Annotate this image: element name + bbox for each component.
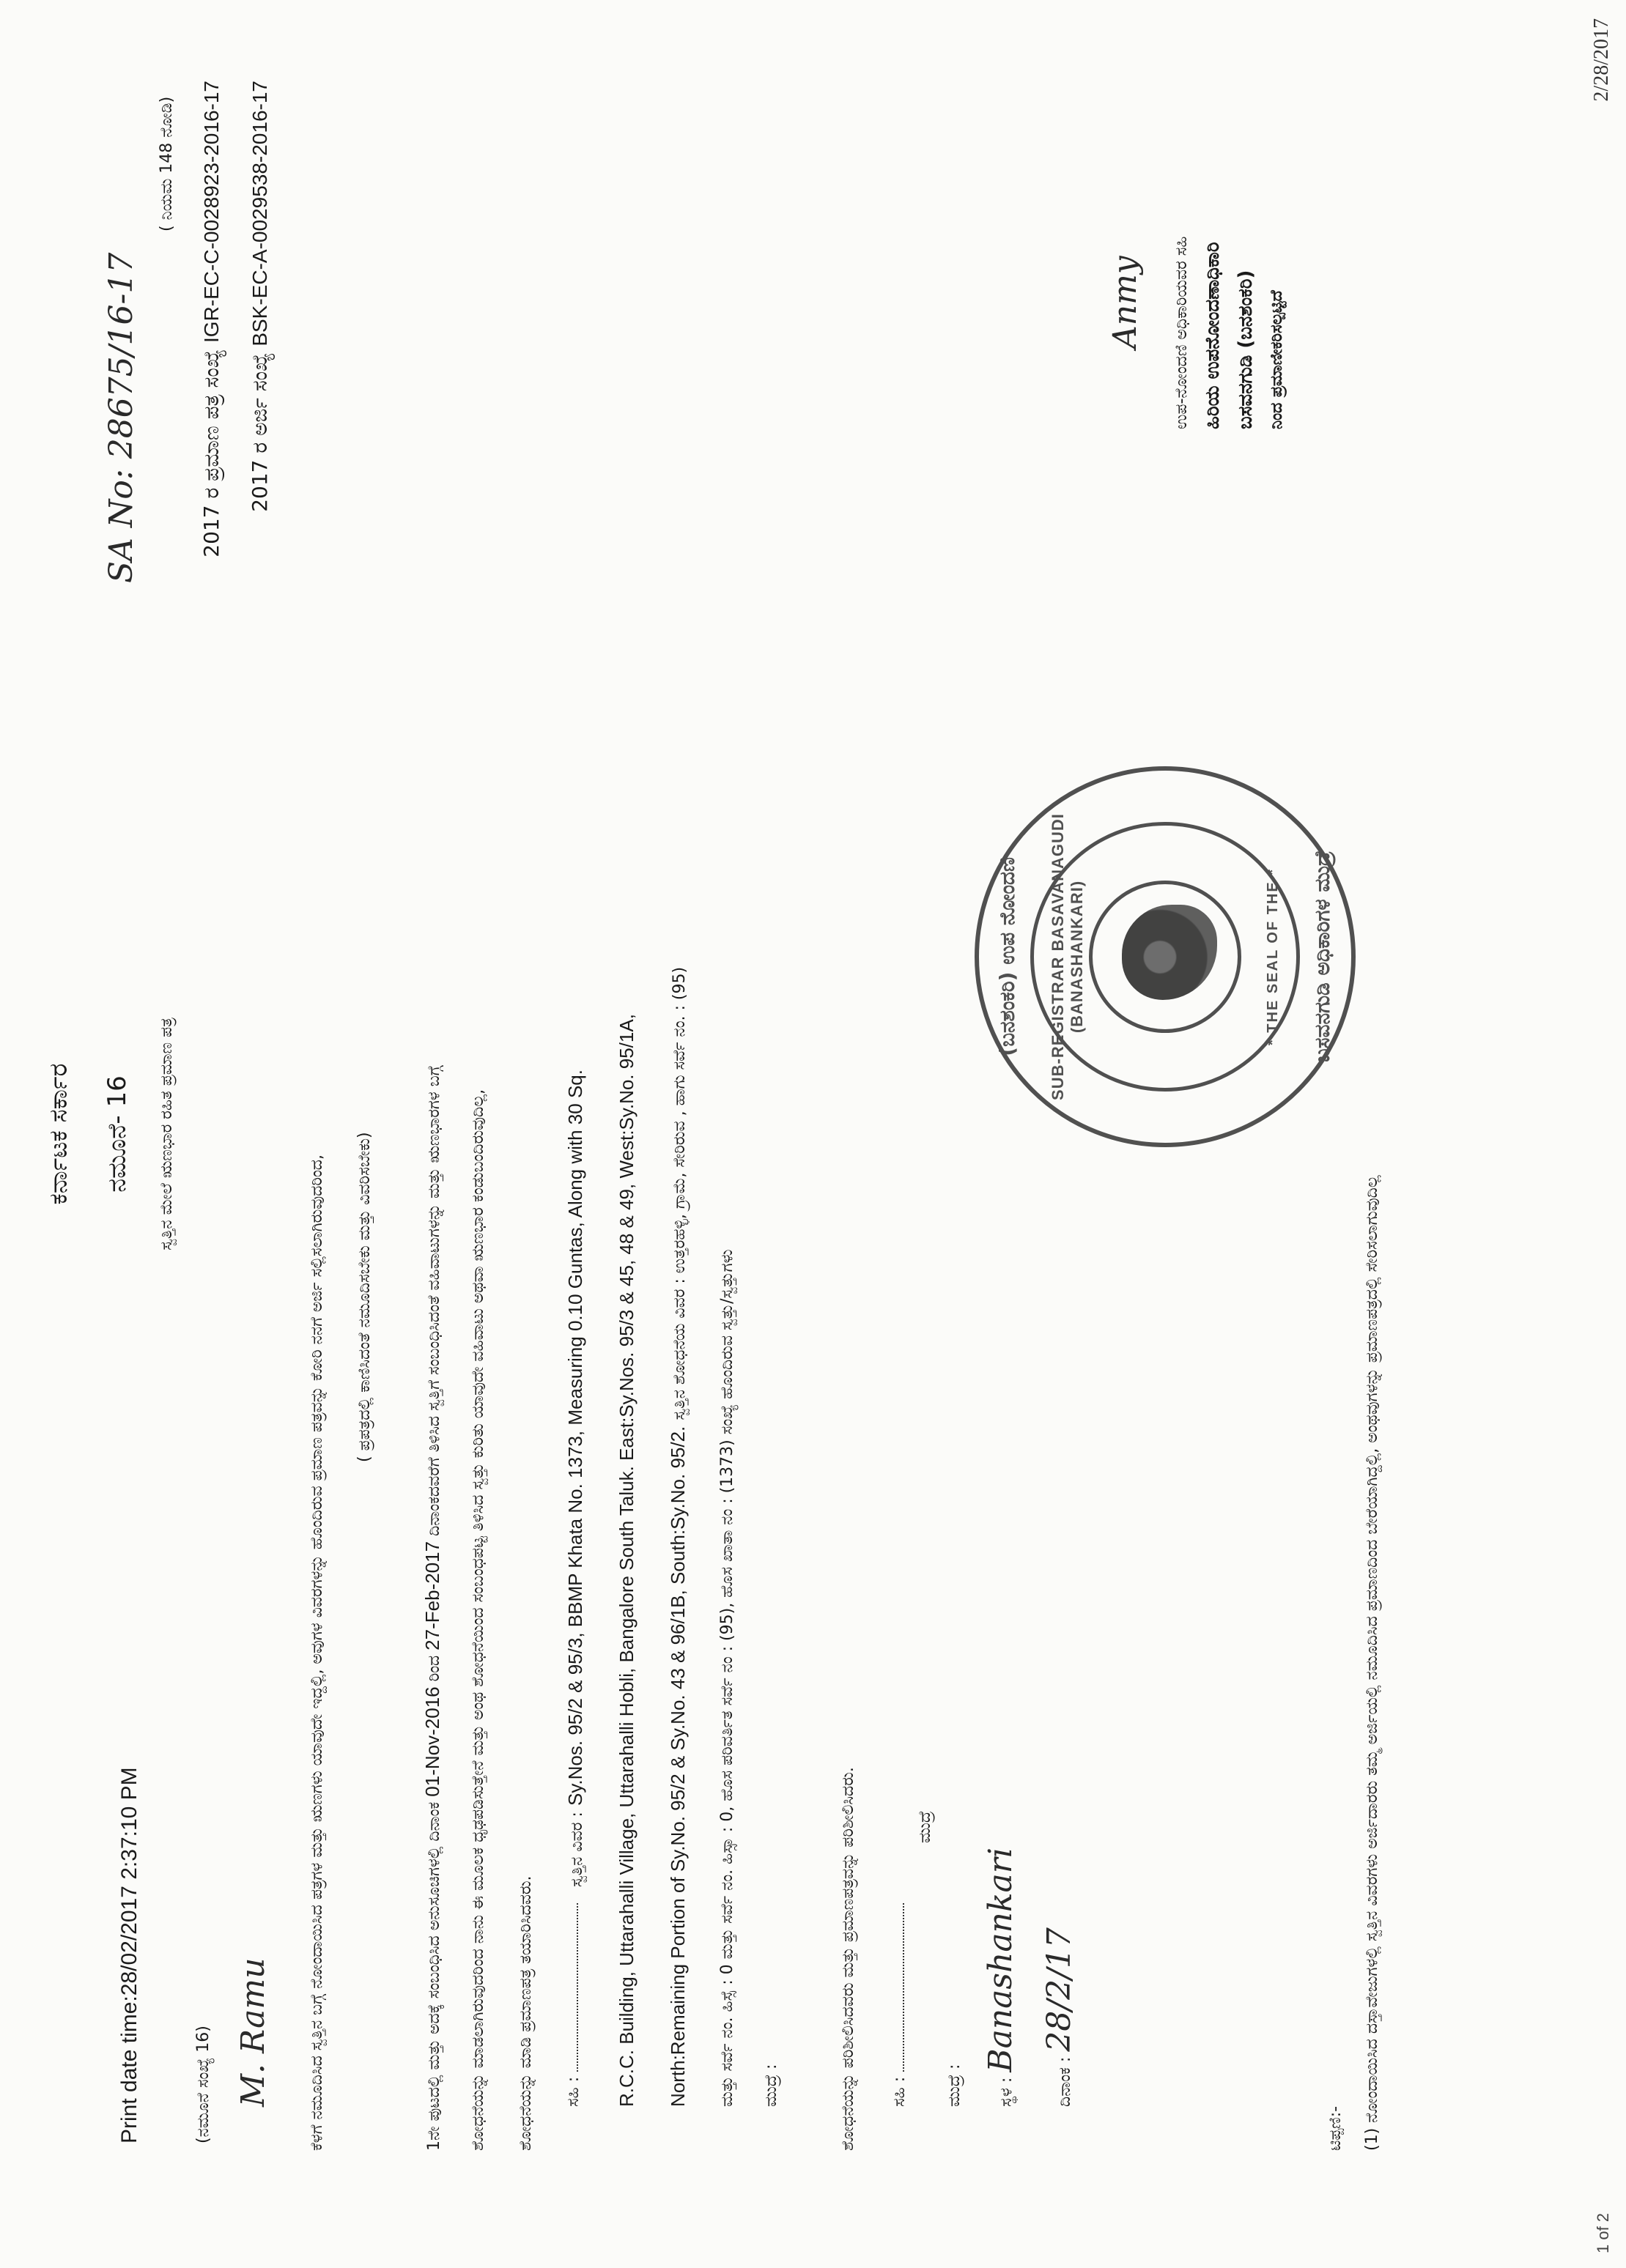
verifier-seal-label: ಮುದ್ರೆ : [945, 2064, 964, 2107]
place-row: ಸ್ಥಳ : Banashankari [982, 1848, 1019, 2107]
footer-print-date: 2/28/2017 [1590, 18, 1614, 102]
seal-kannada-top: (ಬನಶಂಕರಿ) ಉಪ ನೋಂದಣಿ [995, 771, 1020, 1143]
certificate-number-label: 2017 ರ ಪ್ರಮಾಣ ಪತ್ರ ಸಂಖ್ಯೆ [199, 349, 223, 557]
date-row: ದಿನಾಂಕ : 28/2/17 [1041, 1927, 1078, 2107]
application-number: BSK-EC-A-0029538-2016-17 [248, 81, 271, 346]
form-subtitle: ಸ್ವತ್ತಿನ ಮೇಲೆ ಋಣಭಾರ ರಹಿತ ಪ್ರಮಾಣ ಪತ್ರ [158, 0, 176, 2268]
form-reference: (ನಮೂನೆ ಸಂಖ್ಯೆ 16) [194, 2026, 213, 2143]
application-number-label: 2017 ರ ಅರ್ಜಿ ಸಂಖ್ಯೆ [248, 353, 272, 512]
property-details-row-4: ಮತ್ತು ಸರ್ವೆ ನಂ. ಹಿಸ್ಸೆ : 0 ಮತ್ತು ಸರ್ವೆ ನ… [718, 1249, 736, 2107]
property-details-row-3: North:Remaining Portion of Sy.No. 95/2 &… [667, 967, 690, 2107]
applicant-name-handwritten: M. Ramu [234, 1958, 272, 2107]
property-details-row-1: ಸ್ವತ್ತಿನ ವಿವರ : Sy.Nos. 95/2 & 95/3, BBM… [564, 1070, 587, 1887]
confirmation-line: ಶೋಧನೆಯನ್ನು ಮಾಡಲಾಗಿರುವುದರಿಂದ ನಾನು ಈ ಮೂಲಕ … [469, 1089, 487, 2151]
seal-english-top: SUB-REGISTRAR BASAVANAGUDI (BANASHANKARI… [1049, 771, 1087, 1143]
print-datetime: Print date time:28/02/2017 2:37:10 PM [117, 1767, 142, 2143]
period-from: 01-Nov-2016 [421, 1686, 443, 1796]
certificate-number: IGR-EC-C-0028923-2016-17 [200, 81, 223, 343]
sub-registrar-seal: (ಬನಶಂಕರಿ) ಉಪ ನೋಂದಣಿ SUB-REGISTRAR BASAVA… [975, 766, 1356, 1147]
intro-note: ( ಪ್ರಪತ್ರದಲ್ಲಿ ಕಾಣಿಸಿದಂತೆ ನಮೂದಿಸಬೇಕು ಮತ್… [355, 1132, 374, 1462]
application-number-line: 2017 ರ ಅರ್ಜಿ ಸಂಖ್ಯೆ BSK-EC-A-0029538-201… [248, 81, 273, 512]
rule-reference: ( ನಿಯಮ 148 ನೋಡಿ) [158, 97, 176, 231]
seal-english-bottom: * THE SEAL OF THE * [1265, 771, 1282, 1143]
verifier-signature-row: ಸಹಿ : [890, 1903, 909, 2107]
prepared-line: ಶೋಧನೆಯನ್ನು ಮಾಡಿ ಪ್ರಮಾಣಪತ್ರ ತಯಾರಿಸಿದವರು. [517, 1875, 535, 2151]
property-details-row-2: R.C.C. Building, Uttarahalli Village, Ut… [616, 1014, 638, 2107]
officer-line-4: ನಿಂದ ಪ್ರಮಾಣೀಕರಿಸಲ್ಪಟ್ಟಿದೆ [1268, 290, 1286, 429]
verification-heading: ಶೋಧನೆಯನ್ನು ಪರಿಶೀಲಿಸಿದವರು ಮತ್ತು ಪ್ರಮಾಣಪತ್… [839, 1767, 857, 2151]
verifier-signature-line [903, 1903, 904, 2072]
seal-kannada-bottom: ಬಸವನಗುಡಿ ಅಧಿಕಾರಿಗಳ ಮುದ್ರೆ [1310, 771, 1335, 1143]
prepared-signature-row: ಸಹಿ : [564, 1903, 583, 2107]
intro-line: ಕೆಳಗೆ ನಮೂದಿಸಿದ ಸ್ವತ್ತಿನ ಬಗ್ಗೆ ನೋಂದಾಯಿಸಿದ… [308, 1155, 326, 2151]
prepared-seal-label: ಮುದ್ರೆ : [762, 2064, 780, 2107]
officer-line-3: ಬಸವನಗುಡಿ (ಬನಶಂಕರಿ) [1235, 270, 1257, 429]
officer-line-1: ಉಪ-ನೋಂದಣಿ ಅಧಿಕಾರಿಯವರ ಸಹಿ [1172, 236, 1191, 429]
notes-heading: ಟಿಪ್ಪಣಿ:- [1326, 2106, 1345, 2151]
certificate-number-line: 2017 ರ ಪ್ರಮಾಣ ಪತ್ರ ಸಂಖ್ಯೆ IGR-EC-C-00289… [199, 81, 224, 557]
officer-signature-handwritten: Anmy [1106, 256, 1144, 349]
verifier-seal-label-right: ಮುದ್ರೆ [916, 1811, 934, 1843]
officer-line-2: ಹಿರಿಯ ಉಪನೋಂದಣಾಧಿಕಾರಿ [1202, 242, 1224, 429]
prepared-signature-line [577, 1903, 578, 2072]
period-to: 27-Feb-2017 [421, 1541, 443, 1650]
encumbrance-certificate-page: ಕರ್ನಾಟಕ ಸರ್ಕಾರ ನಮೂನೆ- 16 ಸ್ವತ್ತಿನ ಮೇಲೆ ಋ… [0, 0, 1626, 2268]
search-period-line: 1ನೇ ಪುಟದಲ್ಲಿ ಮತ್ತು ಅದಕ್ಕೆ ಸಂಬಂಧಿಸಿದ ಅನುಸ… [421, 1065, 444, 2151]
date-handwritten: 28/2/17 [1041, 1927, 1078, 2052]
government-title: ಕರ್ನಾಟಕ ಸರ್ಕಾರ [44, 0, 73, 2268]
note-1: (1) ನೋಂದಾಯಿಸಿದ ದಸ್ತಾವೇಜುಗಳಲ್ಲಿ ಸ್ವತ್ತಿನ … [1363, 1175, 1381, 2151]
handwritten-sa-number: SA No: 28675/16-17 [103, 253, 140, 583]
page-indicator: 1 of 2 [1594, 2213, 1613, 2253]
place-handwritten: Banashankari [982, 1848, 1019, 2072]
